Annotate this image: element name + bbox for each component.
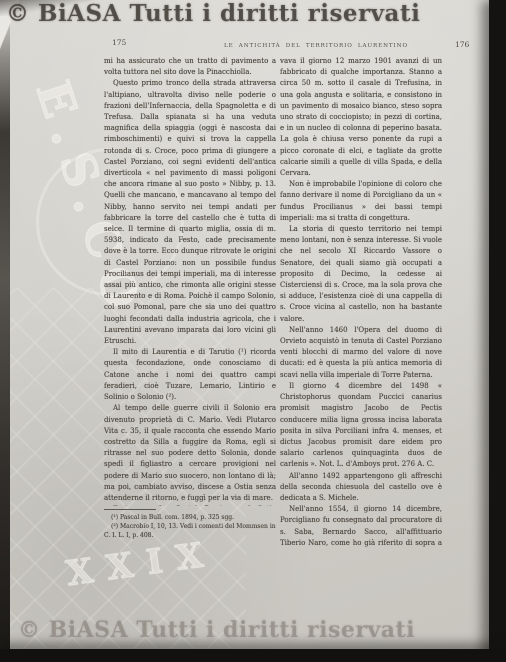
paragraph: Il giorno 4 dicembre del 1498 « Christop… (280, 381, 442, 471)
footnotes: (¹) Pascal in Bull. com. 1894, p. 325 sg… (104, 514, 276, 540)
photo-edge-bottom (0, 649, 506, 662)
page-number-left: 175 (112, 38, 126, 47)
book-edge-left (0, 0, 10, 662)
running-title: LE ANTICHITÀ DEL TERRITORIO LAURENTINO (224, 43, 408, 49)
text-column-left: mi ha assicurato che un tratto di pavime… (104, 56, 276, 506)
paragraph: All'anno 1492 appartengono gli affreschi… (280, 471, 442, 505)
paragraph: La storia di questo territorio nei tempi… (280, 224, 442, 325)
paragraph: Nell'anno 1554, il giorno 14 dicembre, P… (280, 504, 442, 548)
paragraph: Il mito di Laurentia e di Tarutio (¹) ri… (104, 347, 276, 403)
paragraph: Il terreno fra Castel Porziano ed Ostia … (104, 504, 276, 506)
footnote-rule (104, 509, 156, 510)
copyright-watermark-top: © BiASA Tutti i diritti riservati (6, 0, 420, 27)
paragraph: Non è improbabile l'opinione di coloro c… (280, 179, 442, 224)
footnote: (²) Macrobio I, 10, 13. Vedi i comenti d… (104, 523, 276, 541)
footnote: (¹) Pascal in Bull. com. 1894, p. 325 sg… (104, 514, 276, 523)
page-number-right: 176 (455, 40, 469, 49)
paragraph: vava il giorno 12 marzo 1901 avanzi di u… (280, 56, 442, 179)
photo-frame: E.S.CO XXIX 175 LE ANTICHITÀ DEL TERRITO… (0, 0, 506, 662)
photo-edge-right (489, 0, 506, 662)
paragraph: mi ha assicurato che un tratto di pavime… (104, 56, 276, 78)
copyright-watermark-bottom: © BiASA Tutti i diritti riservati (18, 617, 415, 643)
paragraph: Questo primo tronco della strada attrave… (104, 78, 276, 347)
paragraph: Nell'anno 1460 l'Opera del duomo di Orvi… (280, 325, 442, 381)
text-column-right: vava il giorno 12 marzo 1901 avanzi di u… (280, 56, 442, 548)
emboss-numeral: XXIX (64, 534, 219, 595)
paragraph: Al tempo delle guerre civili il Solonio … (104, 403, 276, 504)
